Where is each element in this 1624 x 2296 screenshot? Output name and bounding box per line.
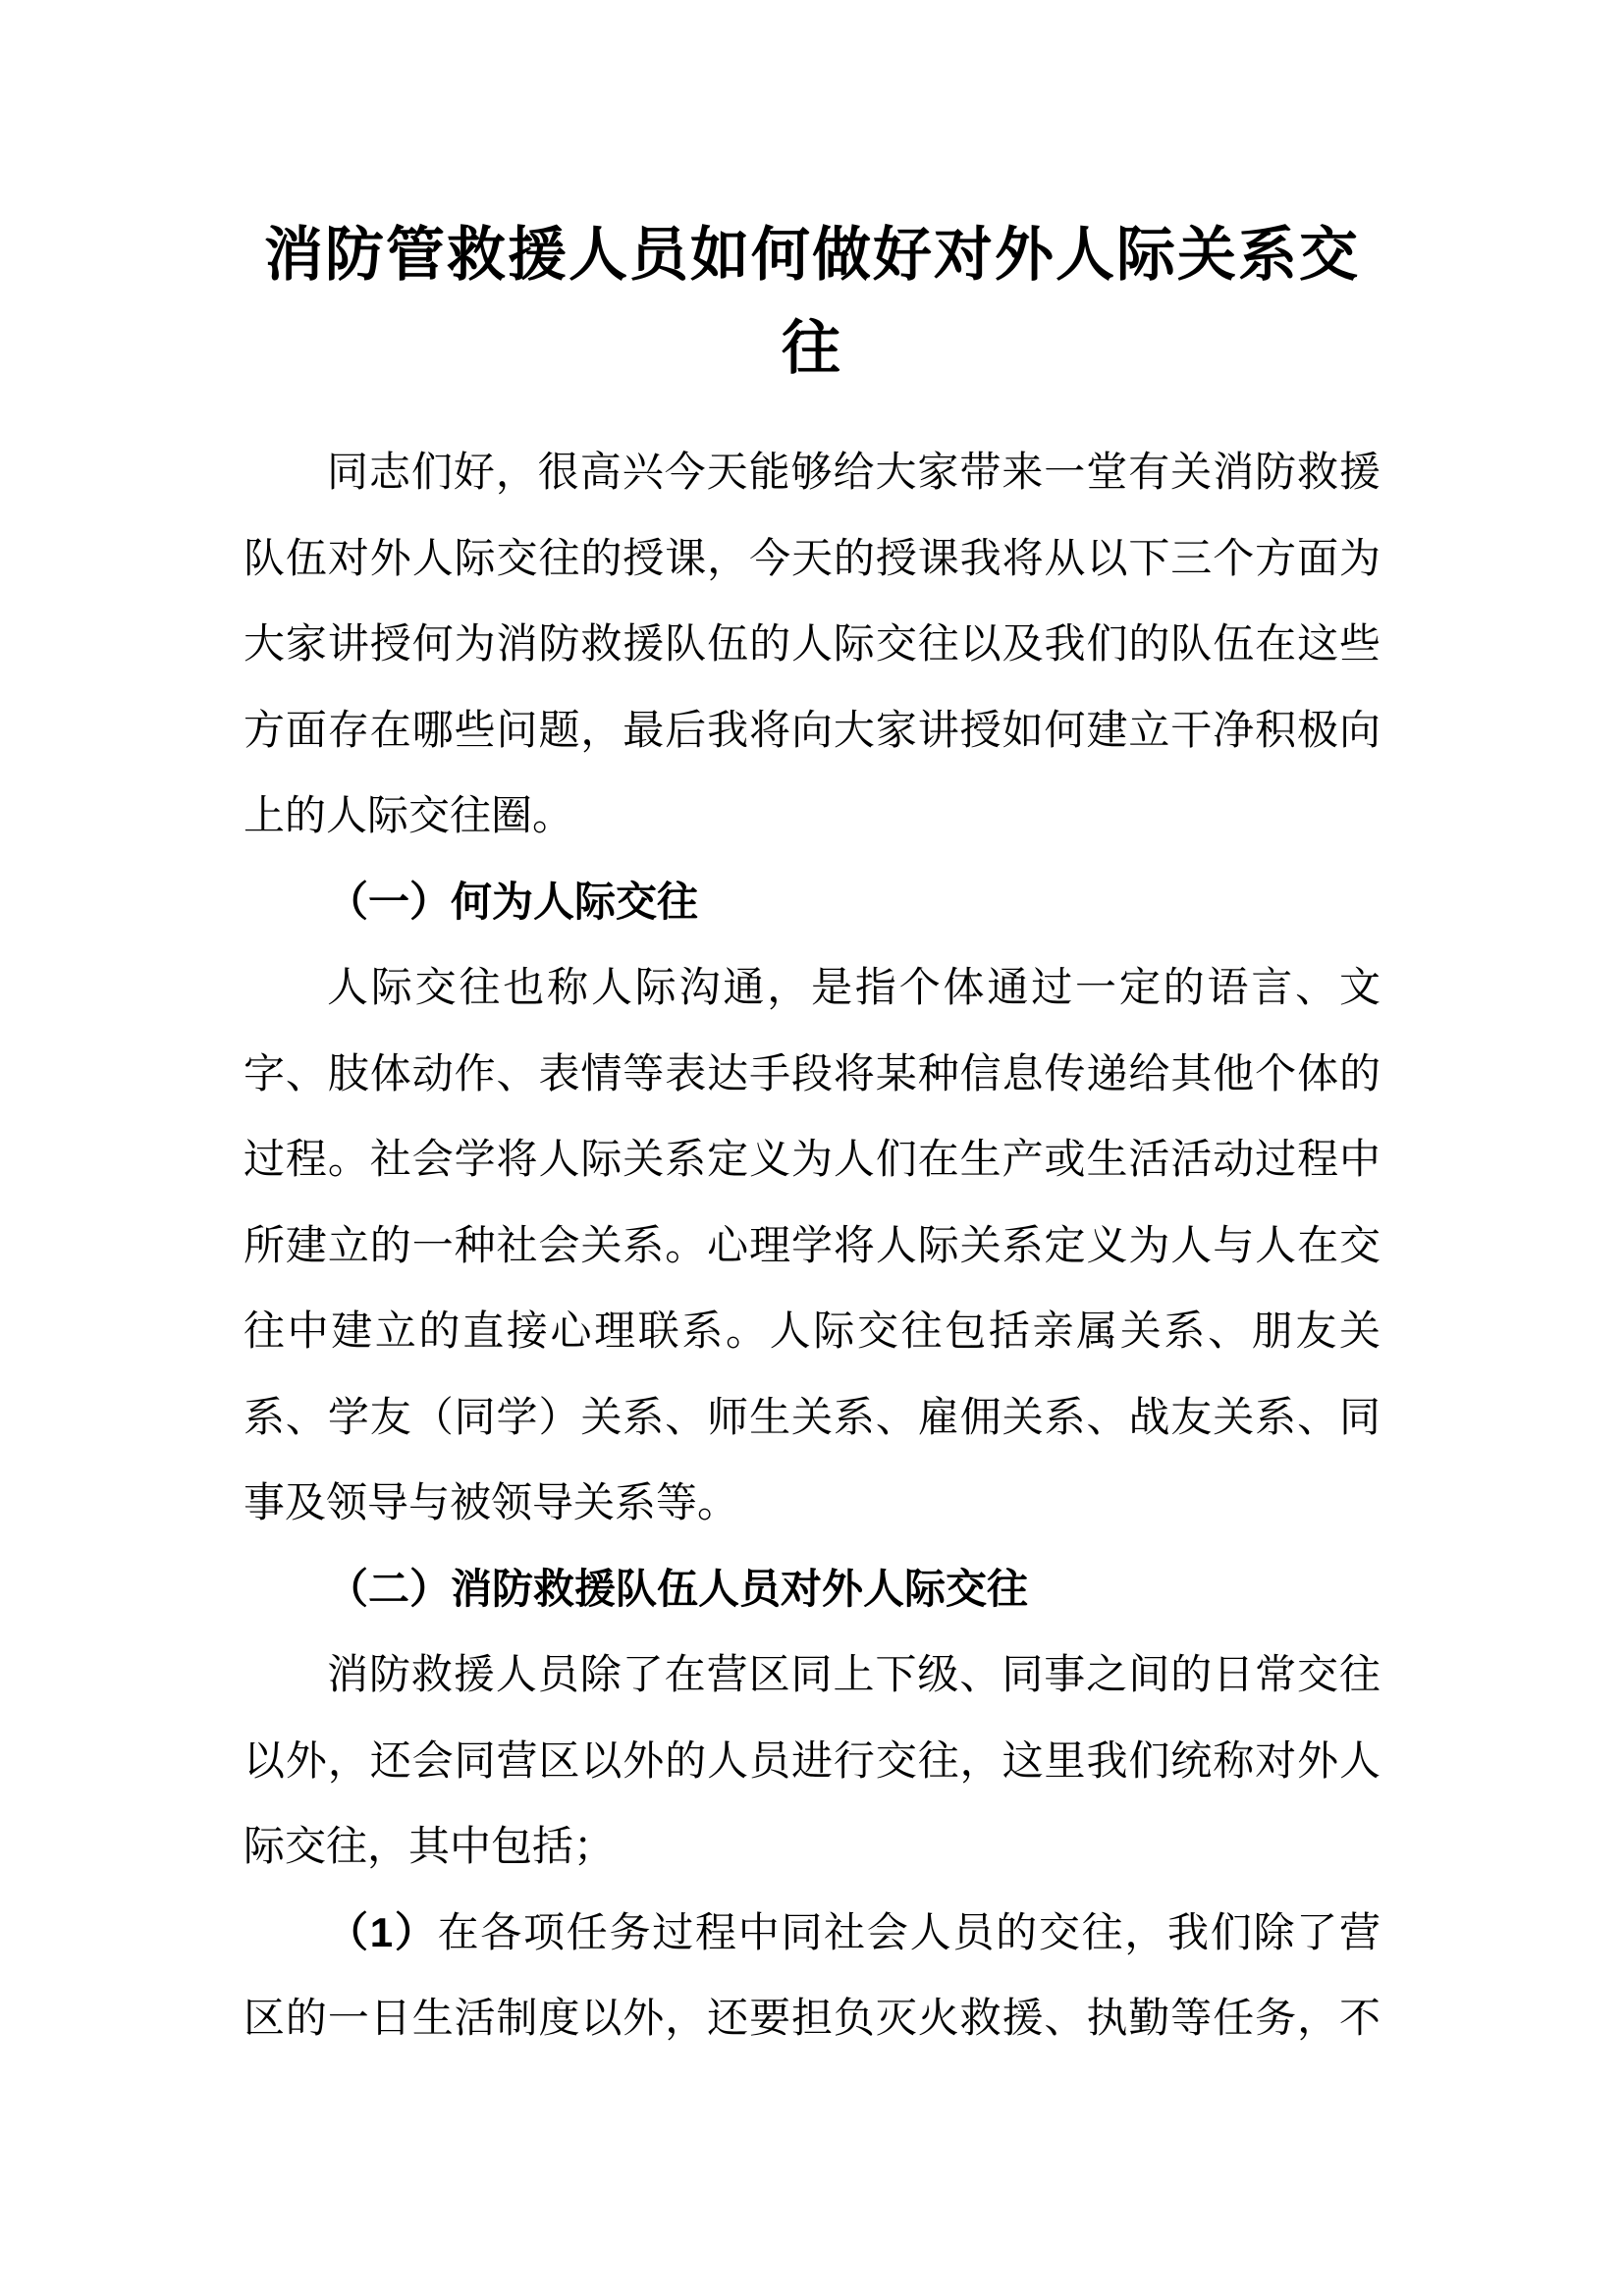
body-line: 消防救援人员除了在营区同上下级、同事之间的日常交往 <box>244 1631 1380 1718</box>
body-line: 往中建立的直接心理联系。人际交往包括亲属关系、朋友关 <box>244 1288 1380 1374</box>
body-line: 过程。社会学将人际关系定义为人们在生产或生活活动过程中 <box>244 1116 1380 1202</box>
list-item-number: （1） <box>327 1909 438 1955</box>
body-line-numbered: （1）在各项任务过程中同社会人员的交往，我们除了营 <box>244 1890 1380 1976</box>
document-body: 同志们好，很高兴今天能够给大家带来一堂有关消防救援 队伍对外人际交往的授课，今天… <box>244 429 1380 2061</box>
document-title: 消防管救援人员如何做好对外人际关系交 往 <box>244 208 1380 395</box>
body-line: 区的一日生活制度以外，还要担负灭火救援、执勤等任务，不 <box>244 1975 1380 2061</box>
body-line: 同志们好，很高兴今天能够给大家带来一堂有关消防救援 <box>244 429 1380 515</box>
body-line: 系、学友（同学）关系、师生关系、雇佣关系、战友关系、同 <box>244 1374 1380 1461</box>
body-line: 事及领导与被领导关系等。 <box>244 1460 1380 1546</box>
title-line-1: 消防管救援人员如何做好对外人际关系交 <box>244 208 1380 301</box>
body-line: 队伍对外人际交往的授课，今天的授课我将从以下三个方面为 <box>244 515 1380 602</box>
body-line: 所建立的一种社会关系。心理学将人际关系定义为人与人在交 <box>244 1202 1380 1289</box>
list-item-text: 在各项任务过程中同社会人员的交往，我们除了营 <box>438 1909 1380 1955</box>
document-page: 消防管救援人员如何做好对外人际关系交 往 同志们好，很高兴今天能够给大家带来一堂… <box>0 0 1624 2296</box>
body-line: 际交往，其中包括； <box>244 1803 1380 1890</box>
body-line: 人际交往也称人际沟通，是指个体通过一定的语言、文 <box>244 944 1380 1031</box>
title-line-2: 往 <box>244 301 1380 395</box>
body-line: 大家讲授何为消防救援队伍的人际交往以及我们的队伍在这些 <box>244 601 1380 687</box>
body-line: 以外，还会同营区以外的人员进行交往，这里我们统称对外人 <box>244 1718 1380 1804</box>
section-heading-1: （一）何为人际交往 <box>244 859 1380 945</box>
body-line: 方面存在哪些问题，最后我将向大家讲授如何建立干净积极向 <box>244 687 1380 774</box>
body-line: 字、肢体动作、表情等表达手段将某种信息传递给其他个体的 <box>244 1031 1380 1117</box>
section-heading-2: （二）消防救援队伍人员对外人际交往 <box>244 1546 1380 1632</box>
body-line: 上的人际交往圈。 <box>244 773 1380 859</box>
